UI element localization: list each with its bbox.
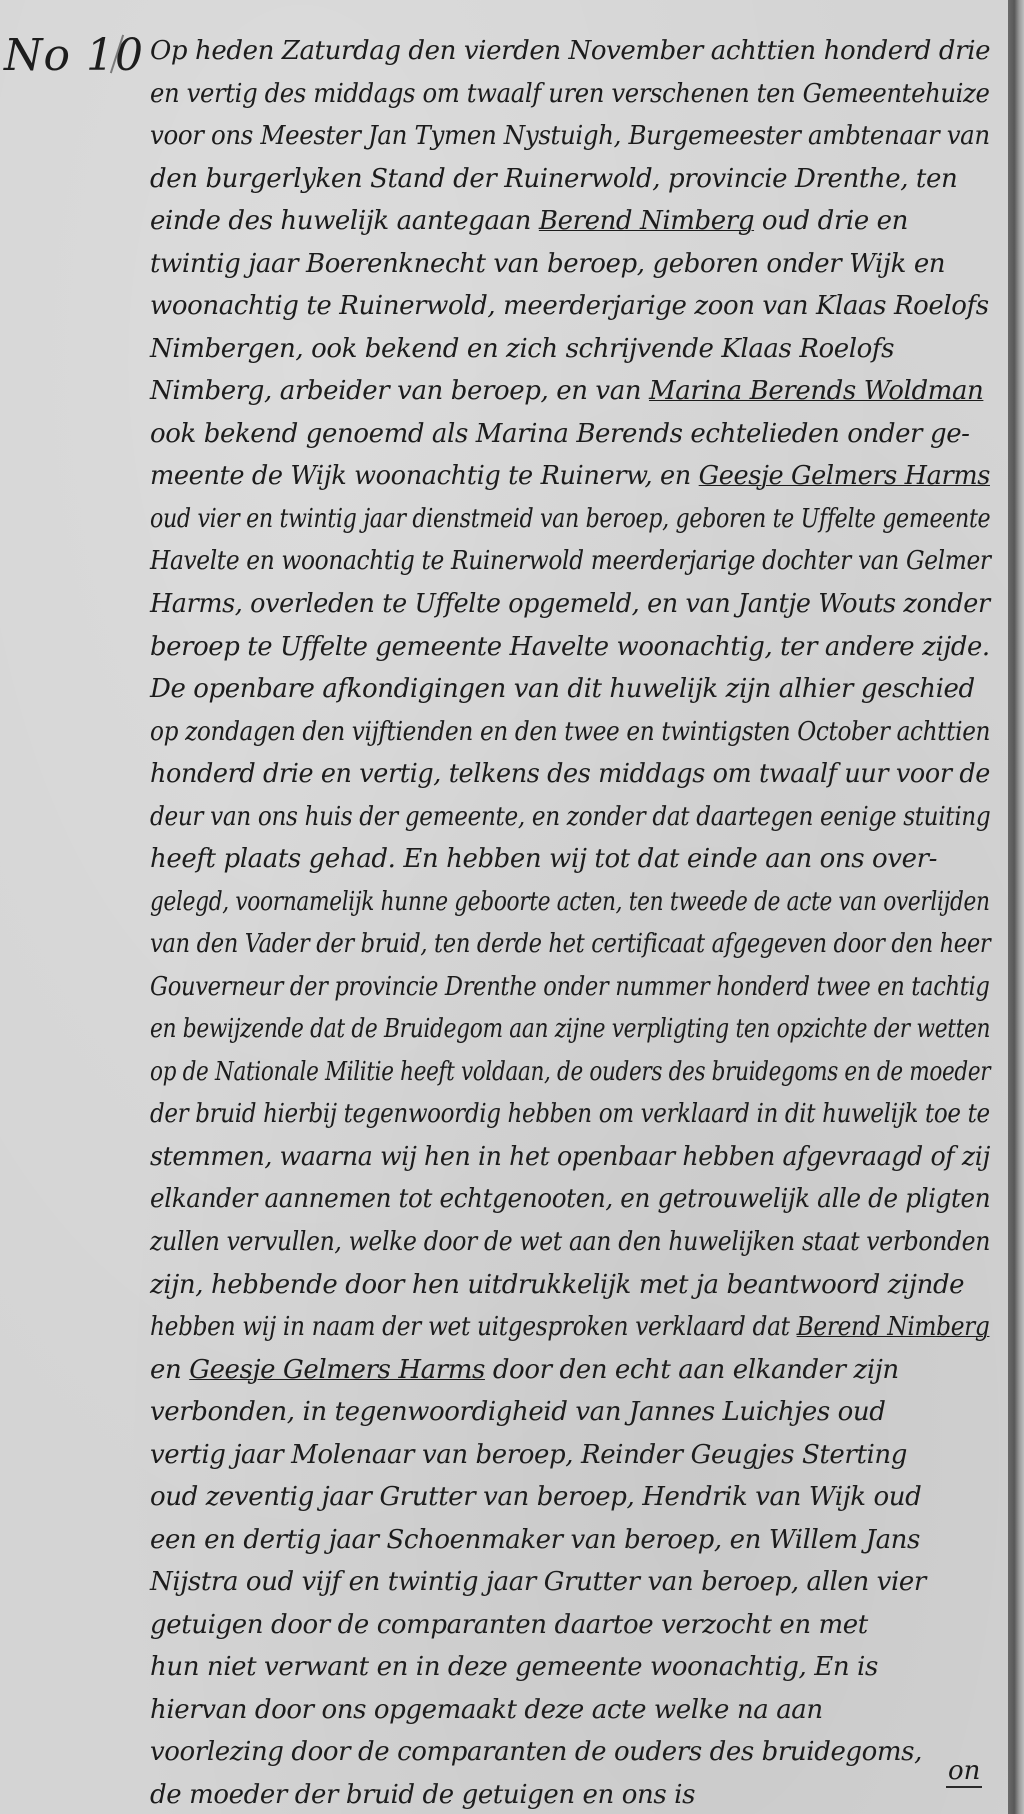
text-line: ook bekend genoemd als Marina Berends ec… <box>150 419 990 449</box>
text-line: vertig jaar Molenaar van beroep, Reinder… <box>150 1440 990 1470</box>
text-line: Nimbergen, ook bekend en zich schrijvend… <box>150 334 990 364</box>
underlined-name: Geesje Gelmers Harms <box>699 461 990 491</box>
underlined-name: Marina Berends Woldman <box>649 376 983 406</box>
text-line: zijn, hebbende door hen uitdrukkelijk me… <box>150 1270 990 1300</box>
text-line: hun niet verwant en in deze gemeente woo… <box>150 1652 990 1682</box>
text-line: Harms, overleden te Uffelte opgemeld, en… <box>150 589 972 619</box>
text-line: honderd drie en vertig, telkens des midd… <box>150 759 973 789</box>
underlined-name: Geesje Gelmers Harms <box>189 1355 485 1385</box>
underlined-name: Berend Nimberg <box>539 206 754 236</box>
text-line: hebben wij in naam der wet uitgesproken … <box>150 1312 903 1342</box>
text-line: den burgerlyken Stand der Ruinerwold, pr… <box>150 164 990 194</box>
text-line: twintig jaar Boerenknecht van beroep, ge… <box>150 249 990 279</box>
text-line: zullen vervullen, welke door de wet aan … <box>150 1227 910 1257</box>
text-line: elkander aannemen tot echtgenooten, en g… <box>150 1184 946 1214</box>
text-line: einde des huwelijk aantegaan Berend Nimb… <box>150 206 990 236</box>
text-line: en vertig des middags om twaalf uren ver… <box>150 79 935 109</box>
document-page: No 10 Op heden Zaturdag den vierden Nove… <box>0 0 1008 1814</box>
text-line: voorlezing door de comparanten de ouders… <box>150 1737 990 1767</box>
text-line: heeft plaats gehad. En hebben wij tot da… <box>150 844 990 874</box>
catchword: on <box>946 1756 982 1788</box>
text-line: oud vier en twintig jaar dienstmeid van … <box>150 504 866 534</box>
text-line: Havelte en woonachtig te Ruinerwold meer… <box>150 546 903 576</box>
text-line: voor ons Meester Jan Tymen Nystuigh, Bur… <box>150 121 942 151</box>
text-line: getuigen door de comparanten daartoe ver… <box>150 1610 990 1640</box>
text-line: op zondagen den vijftienden en den twee … <box>150 717 898 747</box>
text-line: der bruid hierbij tegenwoordig hebben om… <box>150 1099 893 1129</box>
page-binding-edge <box>1008 0 1024 1814</box>
text-line: een en dertig jaar Schoenmaker van beroe… <box>150 1525 990 1555</box>
text-line: deur van ons huis der gemeente, en zonde… <box>150 802 898 832</box>
underlined-name: Berend Nimberg <box>797 1312 990 1342</box>
text-line: De openbare afkondigingen van dit huweli… <box>150 674 990 704</box>
text-line: de moeder der bruid de getuigen en ons i… <box>150 1780 990 1810</box>
text-line: Nimberg, arbeider van beroep, en van Mar… <box>150 376 990 406</box>
text-line: woonachtig te Ruinerwold, meerderjarige … <box>150 291 990 321</box>
text-line: oud zeventig jaar Grutter van beroep, He… <box>150 1482 990 1512</box>
text-line: verbonden, in tegenwoordigheid van Janne… <box>150 1397 990 1427</box>
text-line: van den Vader der bruid, ten derde het c… <box>150 929 880 959</box>
handwritten-text-body: Op heden Zaturdag den vierden November a… <box>0 0 1008 1814</box>
text-line: op de Nationale Militie heeft voldaan, d… <box>150 1057 846 1087</box>
text-line: en Geesje Gelmers Harms door den echt aa… <box>150 1355 990 1385</box>
text-line: Nijstra oud vijf en twintig jaar Grutter… <box>150 1567 990 1597</box>
text-line: beroep te Uffelte gemeente Havelte woona… <box>150 632 987 662</box>
text-line: Gouverneur der provincie Drenthe onder n… <box>150 972 881 1002</box>
text-line: Op heden Zaturdag den vierden November a… <box>150 36 990 66</box>
text-line: stemmen, waarna wij hen in het openbaar … <box>150 1142 966 1172</box>
text-line: gelegd, voornamelijk hunne geboorte acte… <box>150 887 851 917</box>
text-line: en bewijzende dat de Bruidegom aan zijne… <box>150 1014 852 1044</box>
text-line: hiervan door ons opgemaakt deze acte wel… <box>150 1695 990 1725</box>
text-line: meente de Wijk woonachtig te Ruinerw, en… <box>150 461 977 491</box>
